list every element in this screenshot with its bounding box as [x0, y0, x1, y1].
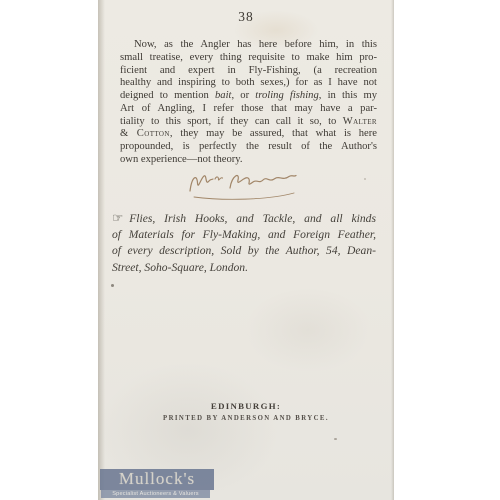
text-line: small treatise, every thing requisite to…: [120, 52, 377, 65]
text-line: of every description, Sold by the Author…: [112, 243, 376, 259]
text-line: healthy and inspiring to both sexes,) fo…: [120, 77, 377, 90]
paper-speck: [334, 438, 337, 440]
text-line: tiality to this sport, if they can call …: [120, 116, 377, 129]
book-page-photo: 38 Now, as the Angler has here before hi…: [98, 0, 394, 500]
text-line: of Materials for Fly-Making, and Foreign…: [112, 227, 376, 243]
text-segment: deigned to mention: [120, 90, 215, 101]
auction-photo-page: { "page_number": "38", "paragraph1": { "…: [0, 0, 500, 500]
text-segment: tiality to this sport, if they can call …: [120, 116, 343, 127]
body-paragraph: Now, as the Angler has here before him, …: [120, 39, 377, 167]
paper-speck: [364, 178, 366, 180]
text-line: Street, Soho-Square, London.: [112, 260, 376, 276]
text-segment: small treatise, every thing requisite to…: [120, 52, 377, 63]
auctioneer-name: Mullock's: [100, 469, 214, 490]
text-segment: Flies, Irish Hooks, and Tackle, and all …: [129, 212, 376, 225]
pointing-hand-icon: ☞: [112, 210, 129, 225]
paper-speck: [111, 284, 114, 287]
imprint-city: EDINBURGH:: [98, 401, 394, 411]
text-segment: & Cotton: [120, 128, 170, 139]
text-segment: Walter: [343, 116, 377, 127]
text-segment: own experience—not theory.: [120, 154, 243, 165]
text-line: Art of Angling, I refer those that may h…: [120, 103, 377, 116]
text-segment: propounded, is perfectly the result of t…: [120, 141, 377, 152]
text-segment: , in this my: [319, 90, 377, 101]
imprint-printer: PRINTED BY ANDERSON AND BRYCE.: [98, 415, 394, 422]
author-signature: [182, 167, 308, 205]
text-segment: , they may be assured, that what is here: [170, 128, 377, 139]
text-segment: of every description, Sold by the Author…: [112, 244, 376, 257]
text-line: own experience—not theory.: [120, 154, 377, 167]
auctioneer-tagline: Specialist Auctioneers & Valuers: [101, 490, 210, 498]
text-line: ☞Flies, Irish Hooks, and Tackle, and all…: [112, 210, 376, 227]
page-number: 38: [98, 9, 394, 25]
text-segment: healthy and inspiring to both sexes,) fo…: [120, 77, 377, 88]
text-segment: Street, Soho-Square, London.: [112, 261, 248, 274]
auctioneer-watermark: Mullock's Specialist Auctioneers & Value…: [100, 469, 214, 498]
text-segment: of Materials for Fly-Making, and Foreign…: [112, 228, 376, 241]
text-segment: Now, as the Angler has here before him, …: [134, 39, 377, 50]
text-segment: troling fishing: [255, 90, 318, 101]
text-segment: ficient and expert in Fly-Fishing, (a re…: [120, 65, 377, 76]
text-line: Now, as the Angler has here before him, …: [120, 39, 377, 52]
text-line: deigned to mention bait, or troling fish…: [120, 90, 377, 103]
text-line: ficient and expert in Fly-Fishing, (a re…: [120, 65, 377, 78]
text-segment: , or: [231, 90, 255, 101]
text-segment: Art of Angling, I refer those that may h…: [120, 103, 377, 114]
advert-paragraph: ☞Flies, Irish Hooks, and Tackle, and all…: [112, 210, 376, 276]
signature-ink-icon: [182, 167, 308, 205]
text-line: propounded, is perfectly the result of t…: [120, 141, 377, 154]
text-line: & Cotton, they may be assured, that what…: [120, 128, 377, 141]
text-segment: bait: [215, 90, 231, 101]
